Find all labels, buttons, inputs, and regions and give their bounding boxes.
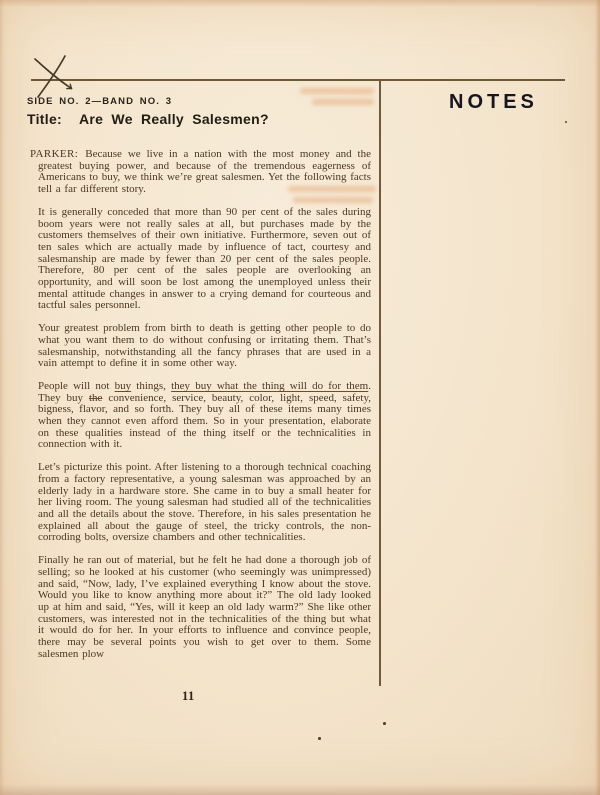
side-band-label: SIDE NO. 2—BAND NO. 3 bbox=[27, 96, 172, 107]
hand-underlined-text: buy bbox=[115, 380, 132, 392]
title-label: Title: bbox=[27, 111, 62, 127]
page-title: Are We Really Salesmen? bbox=[79, 111, 269, 127]
hand-struck-text: the bbox=[89, 392, 102, 404]
paragraph-6: Finally he ran out of material, but he f… bbox=[38, 555, 371, 660]
paragraph-text: things, bbox=[131, 380, 171, 392]
header-rule bbox=[31, 79, 565, 81]
page-number: 11 bbox=[182, 689, 195, 704]
bleed-strip bbox=[300, 88, 374, 94]
page-edge-left bbox=[0, 0, 4, 795]
paragraph-text: Because we live in a nation with the mos… bbox=[38, 148, 371, 195]
paragraph-1: PARKER:Because we live in a nation with … bbox=[38, 149, 371, 196]
dust-speck bbox=[383, 722, 386, 725]
title-row: Title:Are We Really Salesmen? bbox=[27, 111, 269, 127]
speaker-label: PARKER: bbox=[30, 148, 78, 160]
scanned-page: SIDE NO. 2—BAND NO. 3 Title:Are We Reall… bbox=[0, 0, 600, 795]
hand-underlined-text: they buy what the thing will do for them bbox=[171, 380, 368, 392]
page-edge-right bbox=[595, 0, 600, 795]
page-edge-top bbox=[0, 0, 600, 7]
dust-speck bbox=[318, 737, 321, 740]
column-divider-rule bbox=[379, 80, 381, 686]
dust-speck bbox=[565, 121, 567, 123]
handwritten-x-mark bbox=[26, 50, 78, 102]
paragraph-text: People will not bbox=[38, 380, 115, 392]
bleed-strip bbox=[312, 99, 374, 105]
paragraph-2: It is generally conceded that more than … bbox=[38, 207, 371, 312]
paragraph-5: Let’s picturize this point. After listen… bbox=[38, 462, 371, 544]
page-edge-bottom bbox=[0, 784, 600, 795]
paragraph-3: Your greatest problem from birth to deat… bbox=[38, 323, 371, 370]
notes-heading: NOTES bbox=[449, 91, 538, 114]
paragraph-4: People will not buy things, they buy wha… bbox=[38, 381, 371, 451]
transcript-column: PARKER:Because we live in a nation with … bbox=[38, 149, 371, 671]
